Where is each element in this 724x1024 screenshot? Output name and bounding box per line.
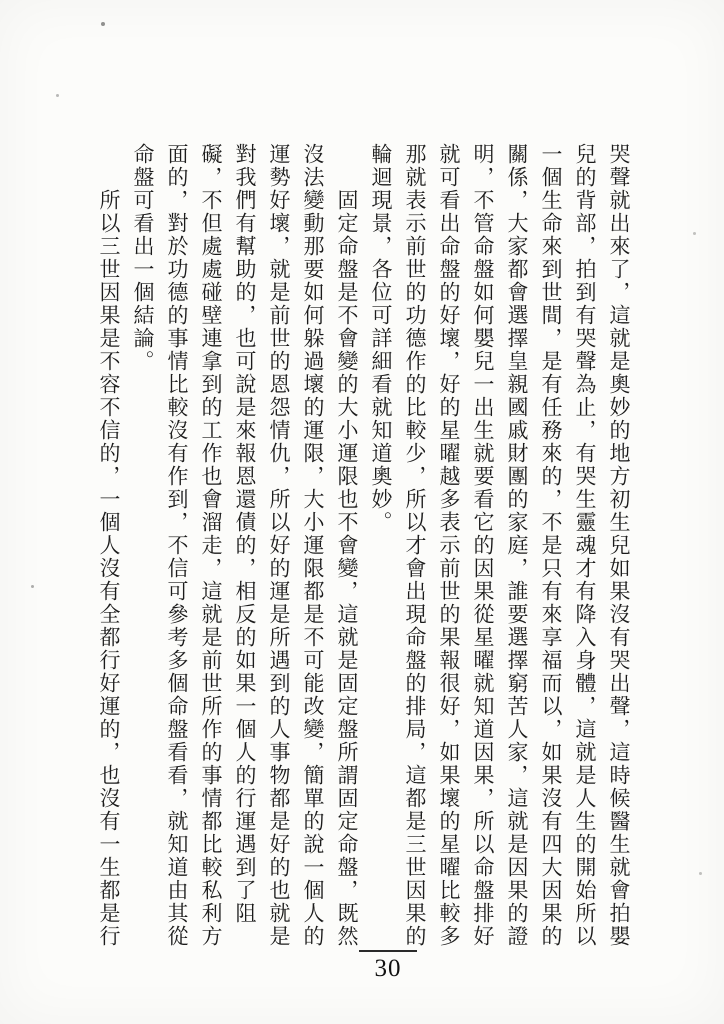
text-column: 固定命盤是不會變的大小運限也不會變，這就是固定盤所謂固定命盤，既然: [330, 143, 364, 955]
text-column: 所以三世因果是不容不信的，一個人沒有全都行好運的，也沒有一生都是行: [92, 143, 126, 955]
text-column: 哭聲就出來了，這就是奧妙的地方初生兒如果沒有哭出聲，這時候醫生就會拍嬰: [602, 143, 636, 955]
scan-speck: [56, 94, 59, 97]
text-column: 面的，對於功德的事情比較沒有作到，不信可參考多個命盤看看，就知道由其從: [160, 143, 194, 955]
text-column: 就可看出命盤的好壞，好的星曜越多表示前世的果報很好，如果壞的星曜比較多: [432, 143, 466, 955]
text-column: 關係，大家都會選擇皇親國戚財團的家庭，誰要選擇窮苦人家，這就是因果的證: [500, 143, 534, 955]
scan-speck: [699, 872, 702, 875]
text-column: 那就表示前世的功德作的比較少，所以才會出現命盤的排局，這都是三世因果的: [398, 143, 432, 955]
scan-speck: [693, 232, 696, 235]
page-number-rule: [359, 950, 417, 952]
text-column: 兒的背部，拍到有哭聲為止，有哭生靈魂才有降入身體，這就是人生的開始所以: [568, 143, 602, 955]
text-column: 沒法變動那要如何躲過壞的運限，大小運限都是不可能改變，簡單的說一個人的: [296, 143, 330, 955]
vertical-text-block: 哭聲就出來了，這就是奧妙的地方初生兒如果沒有哭出聲，這時候醫生就會拍嬰兒的背部，…: [92, 143, 636, 955]
text-column: 礙，不但處處碰壁連拿到的工作也會溜走，這就是前世所作的事情都比較私利方: [194, 143, 228, 955]
page-footer: 30: [352, 950, 424, 983]
book-page: 哭聲就出來了，這就是奧妙的地方初生兒如果沒有哭出聲，這時候醫生就會拍嬰兒的背部，…: [0, 0, 724, 1024]
page-number: 30: [352, 955, 424, 983]
text-column: 對我們有幫助的，也可說是來報恩還債的，相反的如果一個人的行運遇到了阻: [228, 143, 262, 955]
text-column: 命盤可看出一個結論。: [126, 143, 160, 955]
text-column: 一個生命來到世間，是有任務來的，不是只有來享福而以，如果沒有四大因果的: [534, 143, 568, 955]
text-column: 運勢好壞，就是前世的恩怨情仇，所以好的運是所遇到的人事物都是好的也就是: [262, 143, 296, 955]
scan-speck: [31, 585, 34, 588]
scan-speck: [101, 22, 105, 26]
text-column: 明，不管命盤如何嬰兒一出生就要看它的因果從星曜就知道因果，所以命盤排好: [466, 143, 500, 955]
text-column: 輪迴現景，各位可詳細看就知道奧妙。: [364, 143, 398, 955]
